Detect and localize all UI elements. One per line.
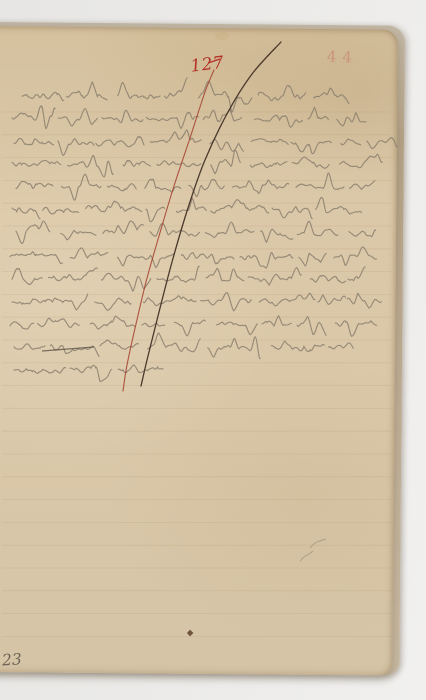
handwriting-line [14, 365, 163, 382]
handwriting-line [10, 247, 376, 268]
dark-diagonal-stroke [141, 42, 281, 386]
corner-number-red: 44 [327, 48, 359, 67]
folio-number-red: 127 [189, 53, 225, 77]
handwriting-line [14, 333, 353, 359]
handwriting-line [14, 130, 397, 155]
handwriting-line [12, 106, 366, 128]
handwriting-line [22, 78, 349, 112]
ruled-lines [2, 112, 391, 636]
red-diagonal-stroke [123, 70, 214, 391]
page-content-overlay: 127 44 23 [0, 0, 426, 700]
brown-spot-stain [187, 630, 193, 637]
handwriting-line [12, 197, 361, 221]
scanned-notebook-photo: 127 44 23 [0, 0, 426, 700]
handwriting-line [10, 316, 377, 336]
paper-edge-stain [215, 32, 229, 40]
handwriting-text-block [10, 78, 397, 382]
handwriting-line [12, 293, 381, 311]
pencil-scribble-mark [300, 551, 313, 561]
pencil-scribble-mark [310, 539, 326, 548]
bottom-page-number: 23 [0, 650, 22, 669]
handwriting-line [12, 266, 365, 291]
incidental-marks [187, 32, 326, 636]
handwriting-line [12, 150, 382, 177]
handwriting-line [16, 221, 376, 243]
